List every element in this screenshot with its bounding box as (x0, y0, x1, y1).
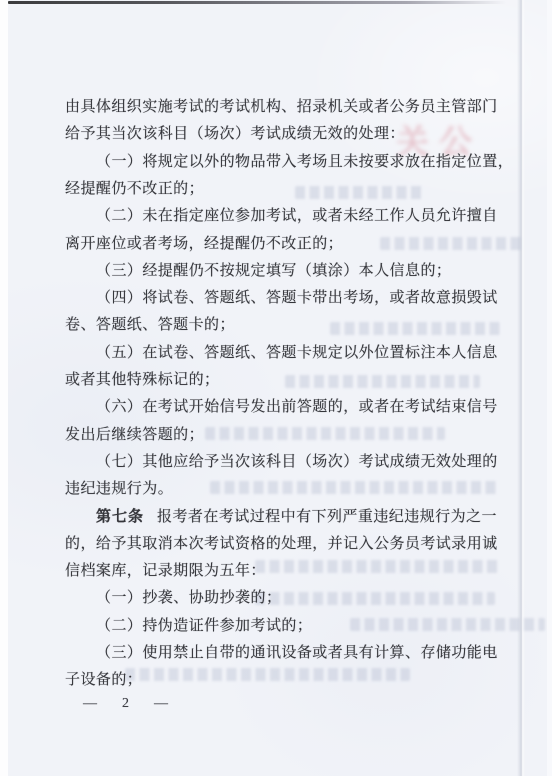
document-line: 由具体组织实施考试的考试机构、招录机关或者公务员主管部门 (65, 99, 498, 116)
page-number: — 2 — (83, 696, 174, 712)
scanned-document-page: 关公 由具体组织实施考试的考试机构、招录机关或者公务员主管部门给予其当次该科目（… (0, 0, 552, 776)
document-line: （二）持伪造证件参加考试的； (96, 618, 312, 635)
document-line: 的，给予其取消本次考试资格的处理，并记入公务员考试录用诚 (65, 536, 498, 553)
article-number-bold: 第七条 (96, 509, 144, 525)
document-line: 子设备的； (65, 672, 142, 689)
document-line: （四）将试卷、答题纸、答题卡带出考场，或者故意损毁试 (96, 290, 498, 307)
document-line: （五）在试卷、答题纸、答题卡规定以外位置标注本人信息 (96, 345, 498, 362)
document-line: （七）其他应给予当次该科目（场次）考试成绩无效处理的 (96, 454, 498, 471)
document-line: 离开座位或者考场，经提醒仍不改正的； (65, 236, 343, 253)
document-line: 或者其他特殊标记的； (65, 372, 220, 389)
document-line: 给予其当次该科目（场次）考试成绩无效的处理： (65, 126, 405, 143)
document-line: 发出后继续答题的； (65, 427, 204, 444)
document-line: （三）经提醒仍不按规定填写（填涂）本人信息的； (96, 263, 451, 280)
document-line: （六）在考试开始信号发出前答题的，或者在考试结束信号 (96, 399, 498, 416)
document-line: （一）抄袭、协助抄袭的； (96, 590, 281, 607)
document-line: 信档案库，记录期限为五年： (65, 563, 266, 580)
document-line: 卷、答题纸、答题卡的； (65, 317, 235, 334)
document-line: 违纪违规行为。 (65, 481, 173, 498)
document-line: （三）使用禁止自带的通讯设备或者具有计算、存储功能电 (96, 645, 498, 662)
document-lines: 由具体组织实施考试的考试机构、招录机关或者公务员主管部门给予其当次该科目（场次）… (0, 0, 552, 776)
document-line: （一）将规定以外的物品带入考场且未按要求放在指定位置， (96, 154, 513, 171)
document-line: 经提醒仍不改正的； (65, 181, 204, 198)
document-line: （二）未在指定座位参加考试，或者未经工作人员允许擅自 (96, 208, 498, 225)
document-line: 第七条报考者在考试过程中有下列严重违纪违规行为之一 (96, 509, 497, 526)
